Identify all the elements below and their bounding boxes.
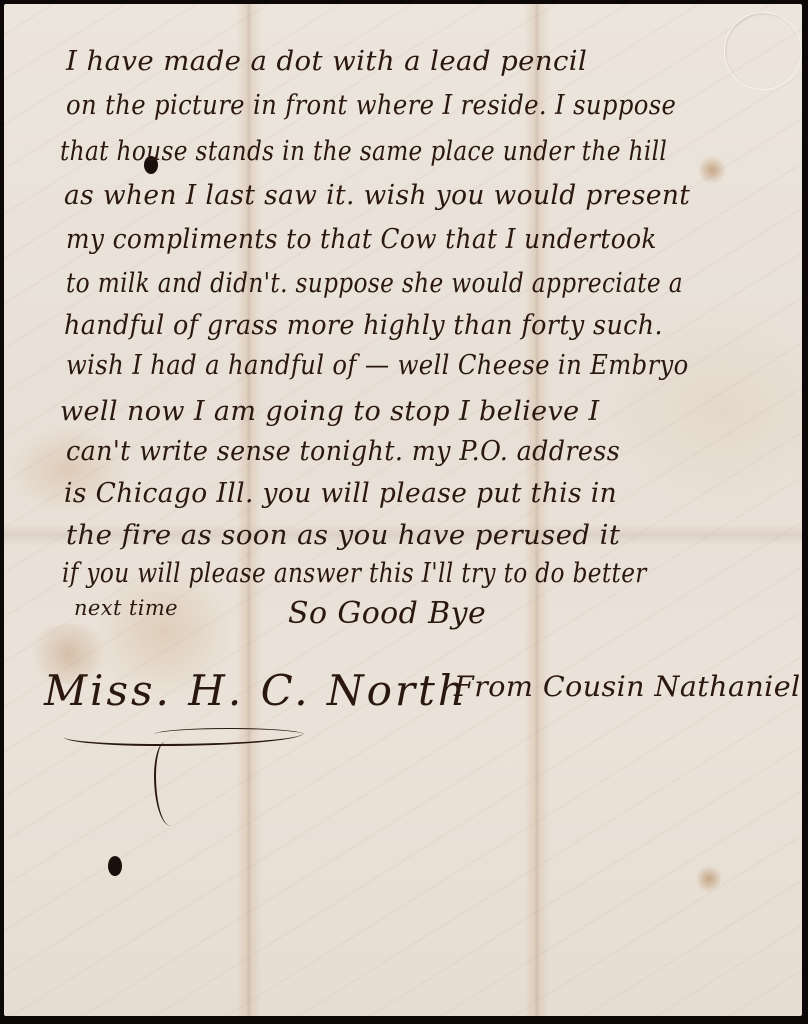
letter-line: is Chicago Ill. you will please put this… [64, 478, 617, 509]
letter-line: well now I am going to stop I believe I [60, 396, 600, 427]
closing-salutation: So Good Bye [288, 596, 486, 631]
letter-line: on the picture in front where I reside. … [66, 90, 676, 121]
ink-stain [699, 154, 725, 186]
letter-line: the fire as soon as you have perused it [66, 520, 620, 551]
letter-line: can't write sense tonight. my P.O. addre… [66, 436, 620, 467]
ink-blot [108, 856, 122, 876]
letter-line: that house stands in the same place unde… [60, 136, 667, 167]
letter-line: if you will please answer this I'll try … [62, 558, 647, 589]
signature: From Cousin Nathaniel [454, 670, 801, 703]
letter-line: I have made a dot with a lead pencil [66, 46, 587, 77]
addressee: Miss. H. C. North [44, 666, 468, 715]
signature-flourish-tail [154, 742, 182, 826]
signature-flourish [154, 728, 304, 741]
letter-line: wish I had a handful of — well Cheese in… [66, 350, 689, 381]
letter-line: next time [74, 596, 178, 620]
embossed-stationery-seal [724, 12, 802, 90]
ink-stain [697, 864, 721, 894]
letter-page: I have made a dot with a lead pencil on … [4, 4, 802, 1016]
letter-line: as when I last saw it. wish you would pr… [64, 180, 690, 211]
letter-line: to milk and didn't. suppose she would ap… [66, 268, 683, 299]
letter-line: my compliments to that Cow that I undert… [66, 224, 657, 255]
letter-line: handful of grass more highly than forty … [64, 310, 663, 341]
